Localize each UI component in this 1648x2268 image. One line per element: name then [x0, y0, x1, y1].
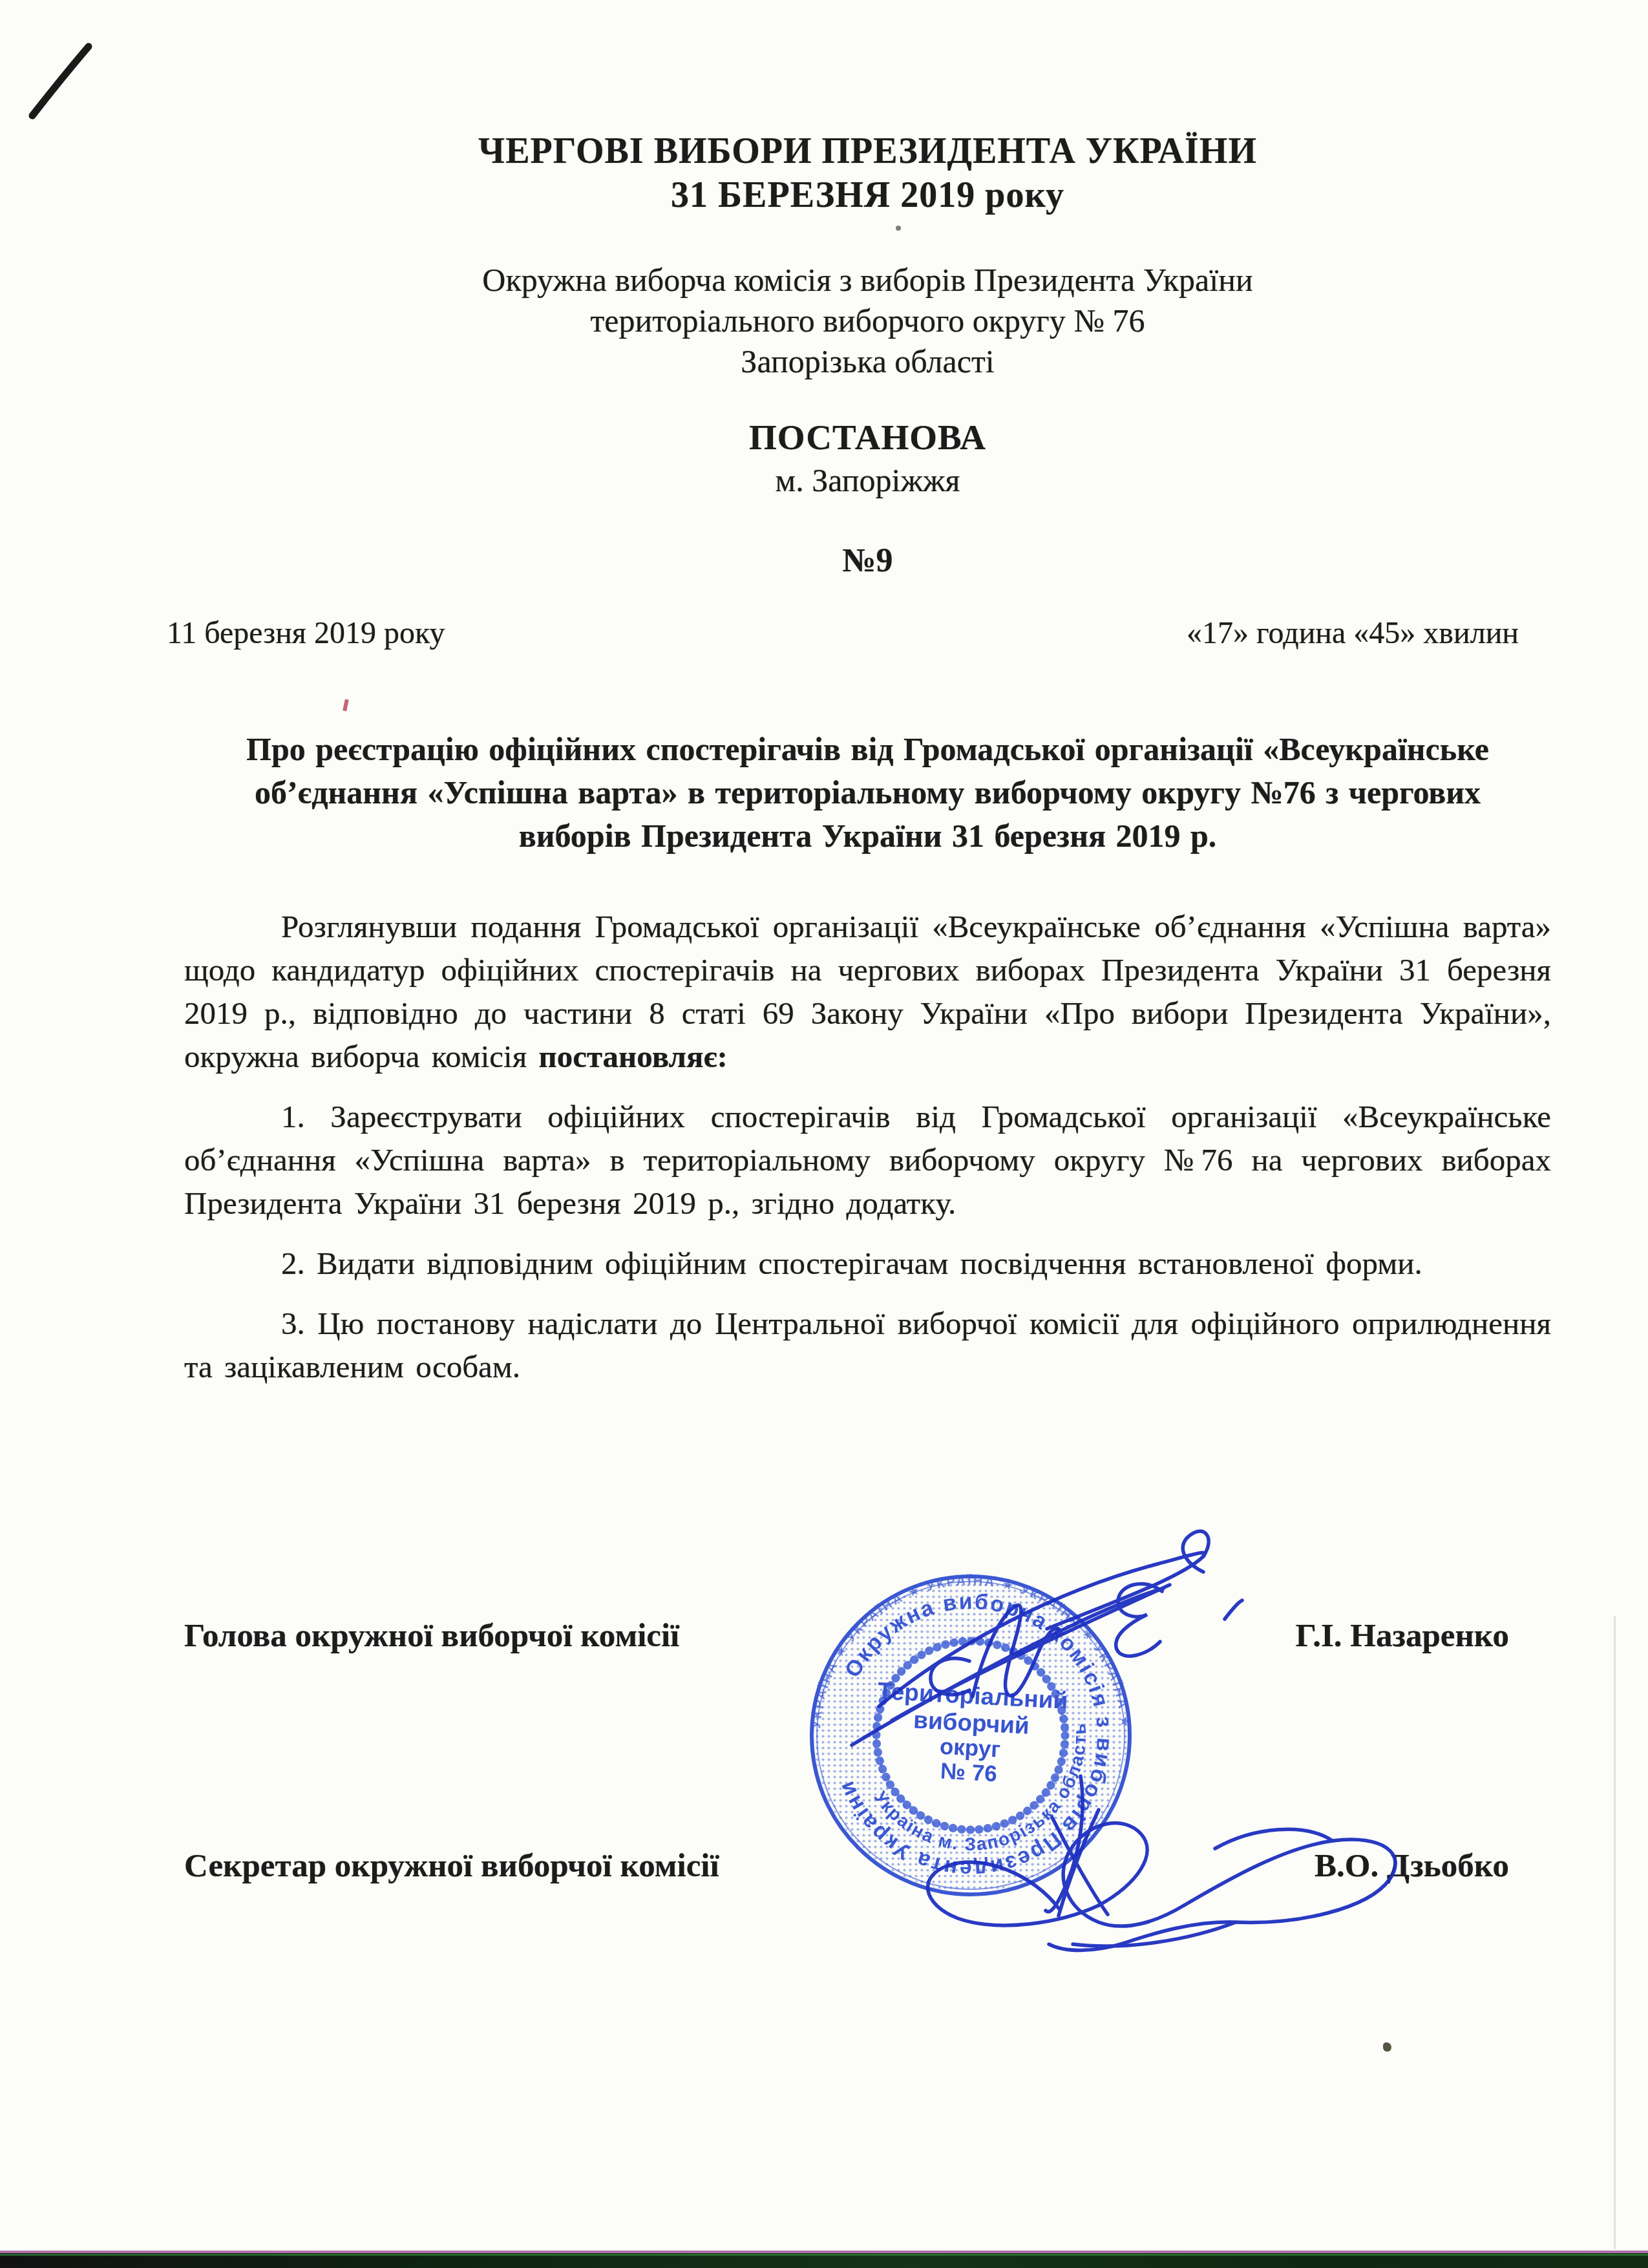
scanned-document-page: ЧЕРГОВІ ВИБОРИ ПРЕЗИДЕНТА УКРАЇНИ 31 БЕР…: [0, 0, 1648, 2268]
preamble-text: Розглянувши подання Громадської організа…: [184, 909, 1551, 1074]
pen-slash-mark: [32, 47, 89, 116]
resolution-item-2: 2. Видати відповідним офіційним спостері…: [184, 1242, 1551, 1285]
doc-number: №9: [184, 542, 1551, 580]
date-time-row: 11 березня 2019 року «17» година «45» хв…: [167, 615, 1519, 651]
subject-heading: Про реєстрацію офіційних спостерігачів в…: [184, 728, 1551, 858]
stamp-center-line2: виборчий: [913, 1706, 1030, 1739]
election-title-line1: ЧЕРГОВІ ВИБОРИ ПРЕЗИДЕНТА УКРАЇНИ: [184, 129, 1551, 173]
resolution-item-1: 1. Зареєструвати офіційних спостерігачів…: [184, 1095, 1551, 1225]
scanner-bottom-strip: [0, 2251, 1648, 2268]
preamble-bold: постановляє:: [538, 1039, 727, 1074]
election-title-line2: 31 БЕРЕЗНЯ 2019 року: [184, 173, 1551, 217]
subject-line3: виборів Президента України 31 березня 20…: [184, 814, 1551, 858]
stamp-center-line3: округ: [939, 1734, 1001, 1763]
scan-speck-red: [343, 699, 349, 712]
doc-city: м. Запоріжжя: [184, 461, 1551, 499]
subject-line2: об’єднання «Успішна варта» в територіаль…: [184, 771, 1551, 814]
signature-head-name: Г.І. Назаренко: [1295, 1617, 1509, 1655]
stamp-center-text: Територіальний виборчий округ № 76: [873, 1677, 1068, 1790]
scanner-edge-line: [1614, 1616, 1616, 2249]
doc-type-heading: ПОСТАНОВА: [184, 417, 1551, 458]
doc-time: «17» година «45» хвилин: [1187, 615, 1519, 651]
signature-row-secretary: Секретар окружної виборчої комісії В.О. …: [184, 1847, 1509, 1885]
doc-date: 11 березня 2019 року: [167, 615, 445, 651]
election-title: ЧЕРГОВІ ВИБОРИ ПРЕЗИДЕНТА УКРАЇНИ 31 БЕР…: [184, 129, 1551, 217]
commission-line2: територіального виборчого округу № 76: [184, 301, 1551, 341]
scanner-strip-green-line: [0, 2254, 1648, 2256]
resolution-body: Розглянувши подання Громадської організа…: [184, 905, 1551, 1388]
stamp-ring-text-bottom: Україна м. Запорізька область: [870, 1722, 1090, 1854]
signature-row-head: Голова окружної виборчої комісії Г.І. На…: [184, 1617, 1509, 1655]
commission-name: Окружна виборча комісія з виборів Презид…: [184, 260, 1551, 382]
stamp-center-line4: № 76: [940, 1759, 998, 1787]
scan-speck: [1383, 2042, 1391, 2051]
subject-line1: Про реєстрацію офіційних спостерігачів в…: [184, 728, 1551, 771]
signature-secretary-name: В.О. Дзьобко: [1315, 1847, 1509, 1885]
scan-speck: [896, 226, 901, 231]
stamp-chain-ring: [876, 1641, 1065, 1830]
stamp-center-disc: [886, 1651, 1055, 1820]
resolution-item-3: 3. Цю постанову надіслати до Центральної…: [184, 1302, 1551, 1388]
body-paragraph-preamble: Розглянувши подання Громадської організа…: [184, 905, 1551, 1078]
commission-line3: Запорізька області: [184, 341, 1551, 382]
signature-secretary-title: Секретар окружної виборчої комісії: [184, 1847, 719, 1885]
commission-line1: Окружна виборча комісія з виборів Презид…: [184, 260, 1551, 301]
signature-head-title: Голова окружної виборчої комісії: [184, 1617, 679, 1655]
stamp-center-line1: Територіальний: [877, 1677, 1068, 1713]
